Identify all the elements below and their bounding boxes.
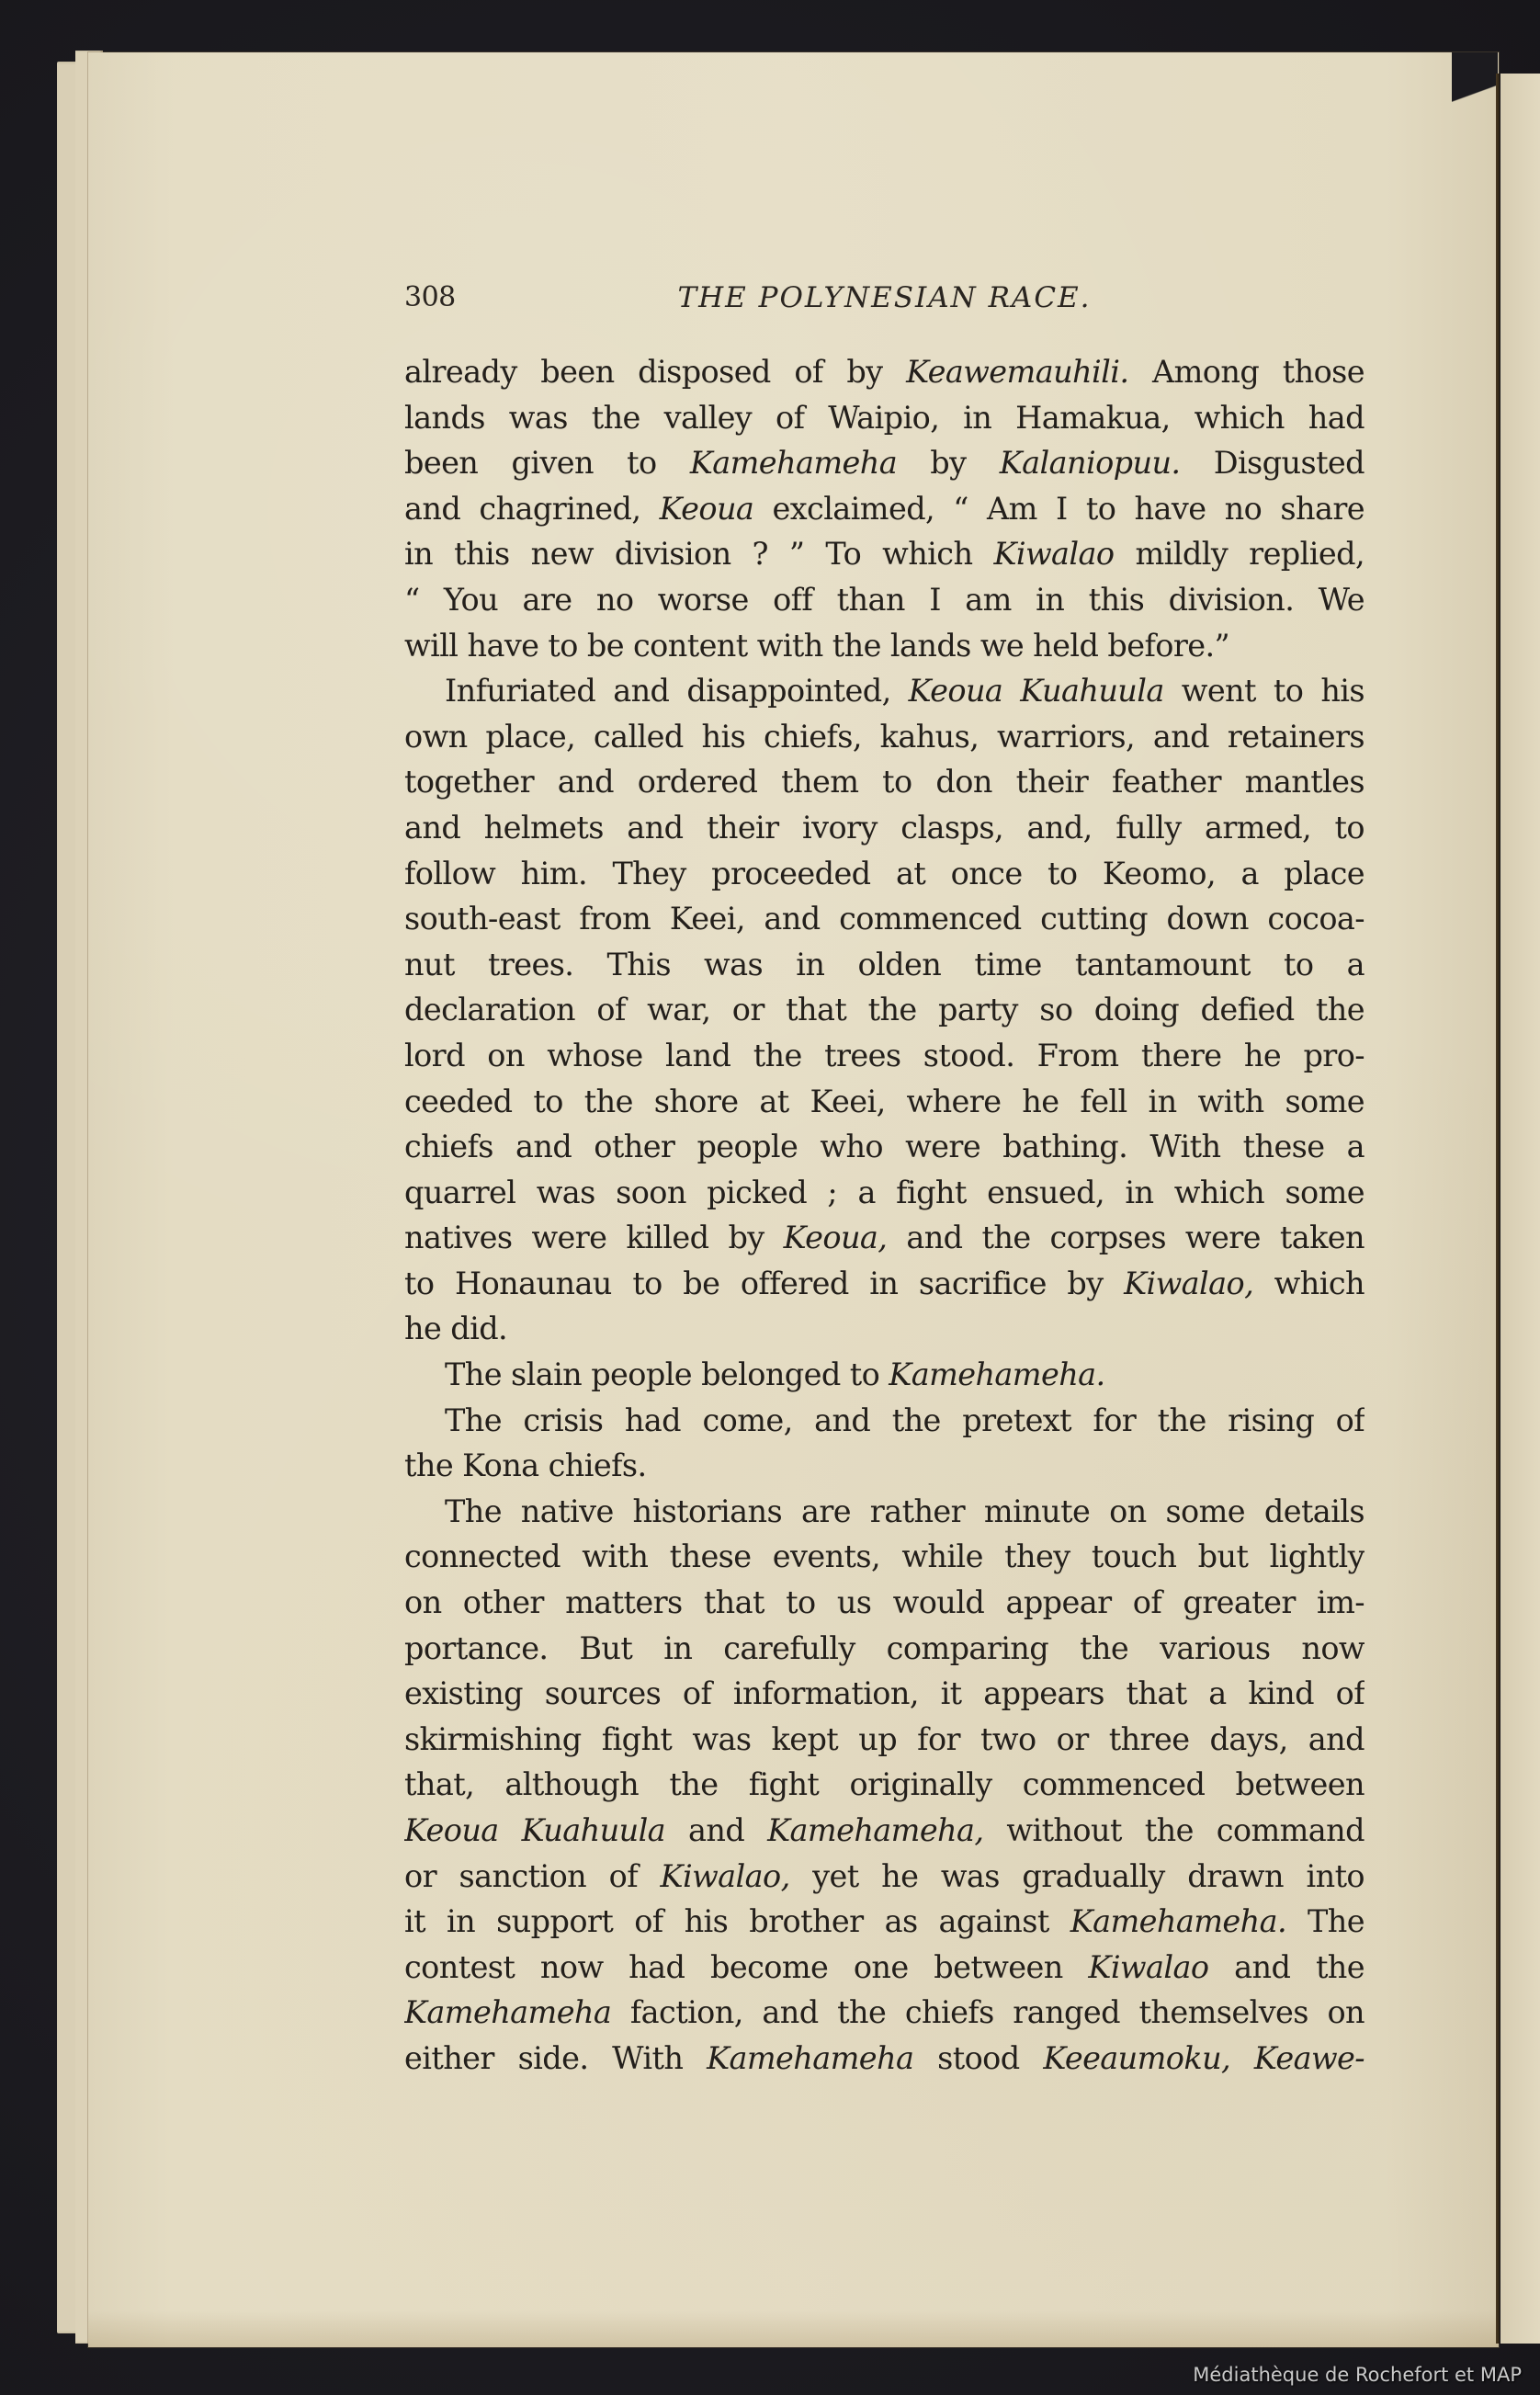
text-run: The crisis had come, and the pretext for… [445,1402,1364,1438]
text-run: or sanction of [404,1858,661,1894]
italic-name: Kalaniopuu. [1000,445,1181,481]
text-run: south-east from Keei, and commenced cutt… [404,901,1364,936]
text-run: skirmishing fight was kept up for two or… [404,1721,1364,1757]
text-line: natives were killed by Keoua, and the co… [404,1215,1364,1261]
text-line: in this new division ? ” To which Kiwala… [404,531,1364,577]
page-header: 308 THE POLYNESIAN RACE. [404,281,1364,318]
text-run: he did. [404,1311,507,1346]
text-run: yet he was gradually drawn into [790,1858,1364,1894]
text-line: Keoua Kuahuula and Kamehameha, without t… [404,1808,1364,1854]
text-run: which [1253,1266,1364,1301]
italic-name: Kamehameha [707,2040,913,2076]
text-run: in this new division ? ” To which [404,536,993,572]
text-line: Kamehameha faction, and the chiefs range… [404,1990,1364,2036]
text-run: Infuriated and disappointed, [445,673,909,709]
text-run: faction, and the chiefs ranged themselve… [611,1994,1364,2030]
text-line: on other matters that to us would appear… [404,1580,1364,1626]
text-line: The native historians are rather minute … [404,1489,1364,1535]
text-line: existing sources of information, it appe… [404,1671,1364,1717]
text-run: and the [1208,1949,1364,1985]
text-run: Disgusted [1180,445,1364,481]
text-run: either side. With [404,2040,707,2076]
text-line: connected with these events, while they … [404,1534,1364,1580]
italic-name: Kamehameha, [767,1812,983,1848]
italic-name: Keeaumoku, Keawe- [1043,2040,1364,2076]
italic-name: Kamehameha. [889,1356,1104,1392]
text-run: The [1286,1903,1364,1939]
text-run: on other matters that to us would appear… [404,1584,1364,1620]
book-gutter [1496,74,1500,2344]
text-run: it in support of his brother as against [404,1903,1070,1939]
text-run: nut trees. This was in olden time tantam… [404,947,1364,982]
text-run: and [665,1812,767,1848]
text-run: stood [913,2040,1043,2076]
text-line: that, although the fight originally comm… [404,1762,1364,1808]
text-run: already been disposed of by [404,354,906,390]
text-run: The native historians are rather minute … [445,1493,1364,1529]
text-line: contest now had become one between Kiwal… [404,1945,1364,1991]
text-line: ceeded to the shore at Keei, where he fe… [404,1079,1364,1125]
text-run: went to his [1164,673,1364,709]
text-run: lands was the valley of Waipio, in Hamak… [404,400,1364,436]
text-line: skirmishing fight was kept up for two or… [404,1717,1364,1763]
text-line: he did. [404,1306,1364,1352]
italic-name: Keoua Kuahuula [404,1812,665,1848]
text-run: existing sources of information, it appe… [404,1675,1364,1711]
text-line: the Kona chiefs. [404,1443,1364,1489]
text-line: lands was the valley of Waipio, in Hamak… [404,395,1364,441]
text-run: “ You are no worse off than I am in this… [404,582,1364,618]
text-run: will have to be content with the lands w… [404,628,1229,664]
text-line: already been disposed of by Keawemauhili… [404,349,1364,395]
text-run: connected with these events, while they … [404,1538,1364,1574]
italic-name: Keawemauhili. [906,354,1128,390]
text-run: without the command [983,1812,1364,1848]
text-run: exclaimed, “ Am I to have no share [753,491,1364,527]
text-run: and the corpses were taken [887,1220,1364,1255]
text-line: will have to be content with the lands w… [404,623,1364,669]
text-run: contest now had become one between [404,1949,1088,1985]
text-run: quarrel was soon picked ; a fight ensued… [404,1175,1364,1210]
text-run: follow him. They proceeded at once to Ke… [404,856,1364,891]
italic-name: Kiwalao [1088,1949,1208,1985]
italic-name: Keoua [660,491,754,527]
italic-name: Kamehameha [690,445,897,481]
italic-name: Kiwalao, [1124,1266,1253,1301]
text-run: the Kona chiefs. [404,1447,647,1483]
text-line: quarrel was soon picked ; a fight ensued… [404,1170,1364,1216]
running-head: THE POLYNESIAN RACE. [404,281,1364,314]
text-line: Infuriated and disappointed, Keoua Kuahu… [404,668,1364,714]
text-line: portance. But in carefully comparing the… [404,1626,1364,1672]
text-line: declaration of war, or that the party so… [404,987,1364,1033]
page-edge-stain [88,2310,1499,2347]
italic-name: Keoua Kuahuula [909,673,1164,709]
text-run: to Honaunau to be offered in sacrifice b… [404,1266,1124,1301]
text-line: or sanction of Kiwalao, yet he was gradu… [404,1854,1364,1900]
text-line: together and ordered them to don their f… [404,759,1364,805]
text-line: it in support of his brother as against … [404,1899,1364,1945]
italic-name: Kiwalao [993,536,1114,572]
text-line: been given to Kamehameha by Kalaniopuu. … [404,440,1364,486]
text-run: been given to [404,445,690,481]
text-line: nut trees. This was in olden time tantam… [404,942,1364,988]
text-line: chiefs and other people who were bathing… [404,1124,1364,1170]
text-line: either side. With Kamehameha stood Keeau… [404,2036,1364,2082]
text-run: lord on whose land the trees stood. From… [404,1038,1364,1073]
text-run: The slain people belonged to [445,1356,889,1392]
text-run: declaration of war, or that the party so… [404,992,1364,1027]
text-line: own place, called his chiefs, kahus, war… [404,714,1364,760]
watermark: Médiathèque de Rochefort et MAP [1193,2364,1522,2386]
text-run: mildly replied, [1114,536,1364,572]
italic-name: Kamehameha [404,1994,611,2030]
text-run: and helmets and their ivory clasps, and,… [404,810,1364,846]
text-line: “ You are no worse off than I am in this… [404,577,1364,623]
facing-page-edge [1500,74,1540,2344]
text-run: that, although the fight originally comm… [404,1766,1364,1802]
text-run: and chagrined, [404,491,660,527]
italic-name: Keoua, [784,1220,888,1255]
text-line: lord on whose land the trees stood. From… [404,1033,1364,1079]
text-line: to Honaunau to be offered in sacrifice b… [404,1261,1364,1307]
text-line: and chagrined, Keoua exclaimed, “ Am I t… [404,486,1364,532]
text-run: portance. But in carefully comparing the… [404,1630,1364,1666]
text-run: Among those [1128,354,1364,390]
text-line: and helmets and their ivory clasps, and,… [404,805,1364,851]
text-run: ceeded to the shore at Keei, where he fe… [404,1084,1364,1119]
body-text: already been disposed of by Keawemauhili… [404,349,1364,2082]
text-line: follow him. They proceeded at once to Ke… [404,851,1364,897]
torn-page-corner [1452,52,1498,144]
text-run: natives were killed by [404,1220,784,1255]
italic-name: Kiwalao, [661,1858,790,1894]
text-run: together and ordered them to don their f… [404,764,1364,800]
text-line: south-east from Keei, and commenced cutt… [404,896,1364,942]
text-line: The crisis had come, and the pretext for… [404,1398,1364,1444]
text-line: The slain people belonged to Kamehameha. [404,1352,1364,1398]
text-run: by [897,445,1000,481]
text-run: chiefs and other people who were bathing… [404,1129,1364,1164]
italic-name: Kamehameha. [1070,1903,1286,1939]
text-run: own place, called his chiefs, kahus, war… [404,719,1364,755]
